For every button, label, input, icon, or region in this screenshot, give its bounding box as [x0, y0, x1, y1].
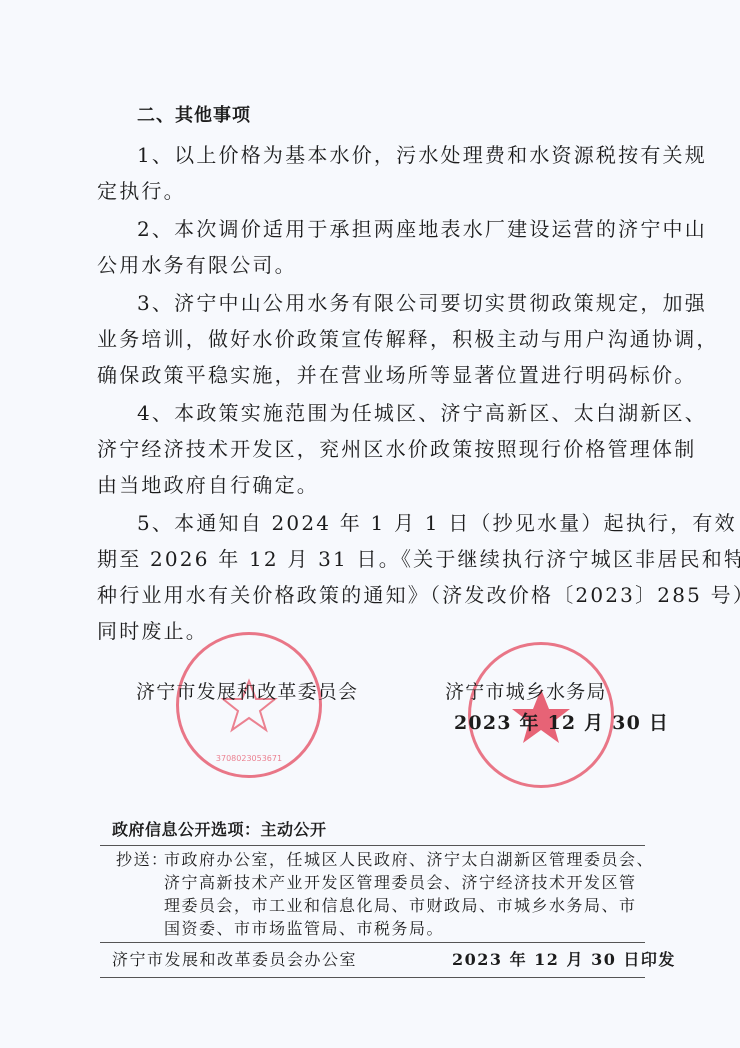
item-3-line-3: 确保政策平稳实施，并在营业场所等显著位置进行明码标价。: [97, 363, 642, 387]
signatory-ndrc: 济宁市发展和改革委员会: [136, 680, 358, 704]
item-5-line-4: 同时废止。: [97, 619, 642, 643]
issuer-office: 济宁市发展和改革委员会办公室: [112, 950, 357, 970]
section-heading: 二、其他事项: [137, 104, 642, 128]
item-1-line-2: 定执行。: [97, 179, 642, 203]
item-3-line-2: 业务培训，做好水价政策宣传解释，积极主动与用户沟通协调，: [97, 327, 642, 351]
seal-ndrc-stamp: 3708023053671: [176, 632, 322, 778]
divider-line: [100, 942, 645, 943]
divider-line: [100, 845, 645, 846]
cc-line-1: 市政府办公室，任城区人民政府、济宁太白湖新区管理委员会、: [164, 850, 654, 870]
item-5-line-2: 期至 2026 年 12 月 31 日。《关于继续执行济宁城区非居民和特: [97, 547, 642, 571]
issue-date: 2023 年 12 月 30 日印发: [452, 950, 676, 970]
document-page: 二、其他事项 1、以上价格为基本水价，污水处理费和水资源税按有关规 定执行。 2…: [0, 0, 740, 1048]
cc-label: 抄送：: [116, 850, 169, 870]
seal-star-icon: 3708023053671: [179, 635, 319, 775]
item-5-line-1: 5、本通知自 2024 年 1 月 1 日（抄见水量）起执行，有效: [137, 511, 642, 535]
item-4-line-3: 由当地政府自行确定。: [97, 473, 642, 497]
disclosure-option: 政府信息公开选项：主动公开: [112, 820, 327, 840]
item-2-line-2: 公用水务有限公司。: [97, 253, 642, 277]
item-3-line-1: 3、济宁中山公用水务有限公司要切实贯彻政策规定，加强: [137, 291, 642, 315]
svg-text:3708023053671: 3708023053671: [216, 754, 282, 763]
item-5-line-3: 种行业用水有关价格政策的通知》（济发改价格〔2023〕285 号）: [97, 583, 642, 607]
item-4-line-2: 济宁经济技术开发区，兖州区水价政策按照现行价格管理体制: [97, 437, 642, 461]
item-2-line-1: 2、本次调价适用于承担两座地表水厂建设运营的济宁中山: [137, 217, 642, 241]
cc-line-4: 国资委、市市场监管局、市税务局。: [164, 919, 444, 939]
item-1-line-1: 1、以上价格为基本水价，污水处理费和水资源税按有关规: [137, 143, 642, 167]
item-4-line-1: 4、本政策实施范围为任城区、济宁高新区、太白湖新区、: [137, 401, 642, 425]
divider-line: [100, 977, 645, 978]
cc-line-2: 济宁高新技术产业开发区管理委员会、济宁经济技术开发区管: [164, 873, 637, 893]
signature-date: 2023 年 12 月 30 日: [454, 711, 669, 735]
cc-line-3: 理委员会，市工业和信息化局、市财政局、市城乡水务局、市: [164, 896, 637, 916]
signatory-water-bureau: 济宁市城乡水务局: [445, 680, 607, 704]
